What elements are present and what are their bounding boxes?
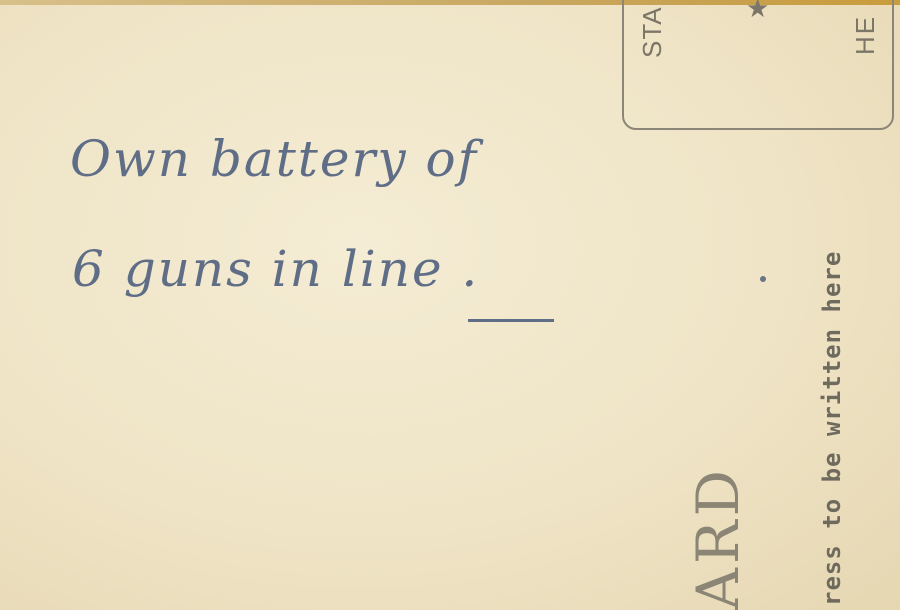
- handwritten-line-1: Own battery of: [70, 130, 478, 188]
- address-instruction: ress to be written here: [818, 251, 846, 606]
- handwritten-underline: [468, 319, 554, 322]
- star-icon: ★: [746, 0, 769, 24]
- stamp-box-text-left: STA: [637, 6, 668, 58]
- handwritten-line-2: 6 guns in line .: [72, 240, 479, 298]
- ink-dot: [760, 276, 766, 282]
- stamp-box-text-right: HE: [850, 15, 881, 55]
- printed-card-word: ARD: [684, 466, 752, 610]
